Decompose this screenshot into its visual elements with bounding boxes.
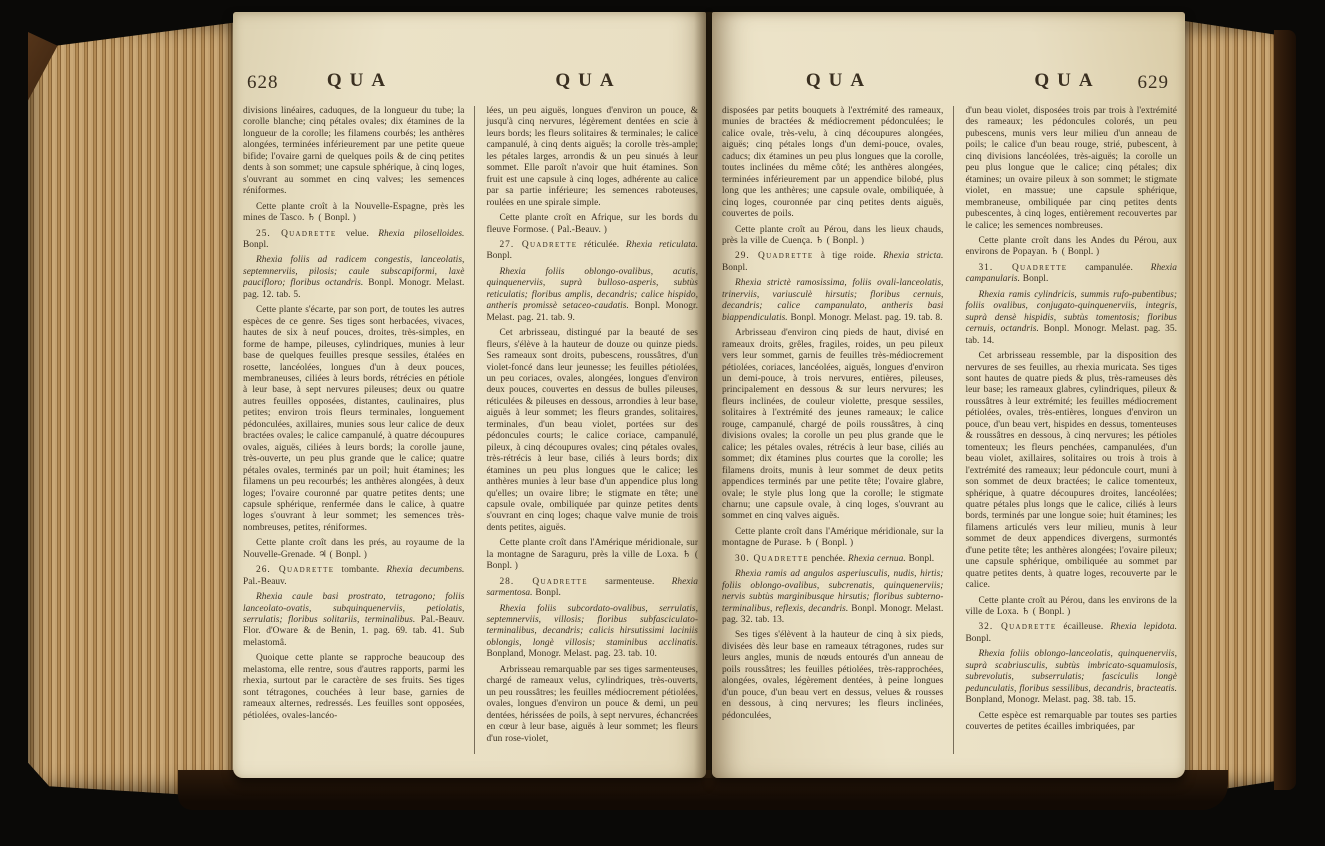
species-paragraph: 26. Quadrette tombante. Rhexia decumbens… — [243, 565, 464, 588]
body-paragraph: Ses tiges s'élèvent à la hauteur de cinq… — [722, 630, 943, 722]
habitat-paragraph: Cette plante croît dans l'Amérique mérid… — [722, 527, 943, 550]
body-paragraph: Quoique cette plante se rapproche beauco… — [243, 653, 464, 722]
body-paragraph: disposées par petits bouquets à l'extrém… — [722, 106, 943, 221]
species-paragraph: 31. Quadrette campanulée. Rhexia campanu… — [965, 263, 1177, 286]
page-number-right: 629 — [1138, 72, 1170, 94]
body-paragraph: Arbrisseau remarquable par ses tiges sar… — [486, 665, 698, 745]
species-paragraph: 29. Quadrette à tige roide. Rhexia stric… — [722, 251, 943, 274]
body-paragraph: Arbrisseau d'environ cinq pieds de haut,… — [722, 328, 943, 523]
left-page: 628 QUA QUA divisions linéaires, caduque… — [233, 12, 706, 778]
diagnosis-paragraph: Rhexia foliis subcordato-ovalibus, serru… — [486, 604, 698, 661]
body-paragraph: Cet arbrisseau, distingué par la beauté … — [486, 328, 698, 534]
diagnosis-paragraph: Rhexia strictè ramosissima, foliis ovali… — [722, 278, 943, 324]
text-column-3: disposées par petits bouquets à l'extrém… — [722, 106, 953, 754]
habitat-paragraph: Cette plante croît en Afrique, sur les b… — [486, 213, 698, 236]
running-head: QUA — [233, 70, 463, 92]
running-head: QUA — [481, 70, 696, 92]
diagnosis-paragraph: Rhexia foliis oblongo-lanceolatis, quinq… — [965, 649, 1177, 706]
body-paragraph: d'un beau violet, disposées trois par tr… — [965, 106, 1177, 232]
right-page-header: QUA QUA 629 — [712, 70, 1185, 104]
species-paragraph: 32. Quadrette écailleuse. Rhexia lepidot… — [965, 622, 1177, 645]
right-page-columns: disposées par petits bouquets à l'extrém… — [712, 104, 1185, 754]
habitat-paragraph: Cette plante croît au Pérou, dans les en… — [965, 596, 1177, 619]
text-column-1: divisions linéaires, caduques, de la lon… — [243, 106, 474, 754]
text-column-4: d'un beau violet, disposées trois par tr… — [953, 106, 1177, 754]
habitat-paragraph: Cette plante croît dans l'Amérique mérid… — [486, 538, 698, 572]
diagnosis-paragraph: Rhexia caule basi prostrato, tetragono; … — [243, 592, 464, 649]
left-fore-edge-page-stack — [28, 14, 240, 802]
species-paragraph: 30. Quadrette penchée. Rhexia cernua. Bo… — [722, 554, 943, 565]
habitat-paragraph: Cette plante croît à la Nouvelle-Espagne… — [243, 202, 464, 225]
right-cover-edge — [1274, 30, 1296, 790]
body-paragraph: divisions linéaires, caduques, de la lon… — [243, 106, 464, 198]
running-head: QUA — [712, 70, 942, 92]
text-column-2: lées, un peu aiguës, longues d'environ u… — [474, 106, 698, 754]
book-photo-stage: 628 QUA QUA divisions linéaires, caduque… — [0, 0, 1325, 846]
diagnosis-paragraph: Rhexia ramis ad angulos asperiusculis, n… — [722, 569, 943, 626]
habitat-paragraph: Cette plante croît dans les prés, au roy… — [243, 538, 464, 561]
diagnosis-paragraph: Rhexia foliis ad radicem congestis, lanc… — [243, 255, 464, 301]
species-paragraph: 27. Quadrette réticulée. Rhexia reticula… — [486, 240, 698, 263]
left-page-columns: divisions linéaires, caduques, de la lon… — [233, 104, 706, 754]
body-paragraph: Cette plante s'écarte, par son port, de … — [243, 305, 464, 534]
habitat-paragraph: Cette plante croît dans les Andes du Pér… — [965, 236, 1177, 259]
diagnosis-paragraph: Rhexia foliis oblongo-ovalibus, acutis, … — [486, 267, 698, 324]
body-paragraph: Cet arbrisseau ressemble, par la disposi… — [965, 351, 1177, 592]
species-paragraph: 25. Quadrette velue. Rhexia piloselloide… — [243, 229, 464, 252]
species-paragraph: 28. Quadrette sarmenteuse. Rhexia sarmen… — [486, 577, 698, 600]
diagnosis-paragraph: Rhexia ramis cylindricis, summis rufo-pu… — [965, 290, 1177, 347]
body-paragraph: Cette espèce est remarquable par toutes … — [965, 711, 1177, 734]
habitat-paragraph: Cette plante croît au Pérou, dans les li… — [722, 225, 943, 248]
open-book: 628 QUA QUA divisions linéaires, caduque… — [28, 6, 1296, 818]
left-page-header: 628 QUA QUA — [233, 70, 706, 104]
body-paragraph: lées, un peu aiguës, longues d'environ u… — [486, 106, 698, 209]
right-page: QUA QUA 629 disposées par petits bouquet… — [712, 12, 1185, 778]
